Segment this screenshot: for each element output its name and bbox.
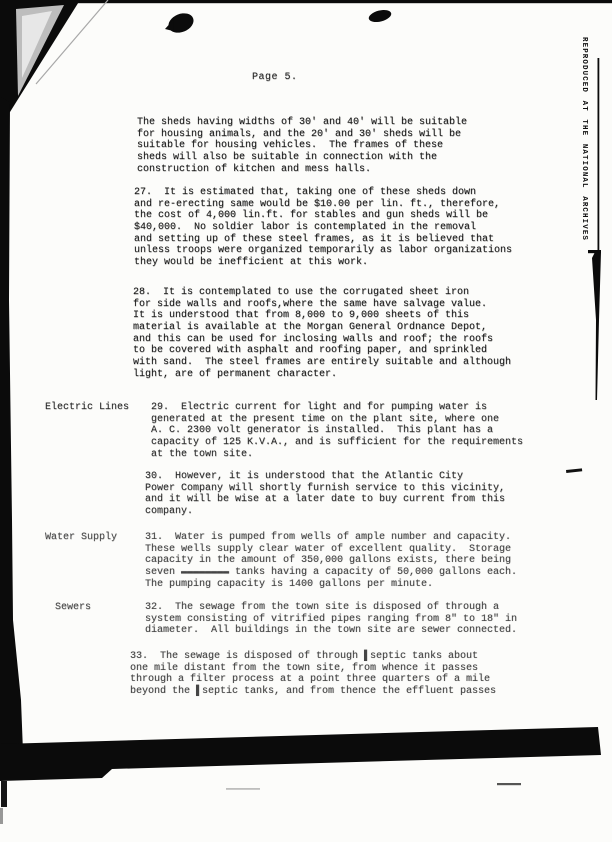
archives-stamp: REPRODUCED AT THE NATIONAL ARCHIVES bbox=[580, 37, 588, 252]
page-number-heading: Page 5. bbox=[252, 72, 298, 83]
paragraph-sheds: The sheds having widths of 30' and 40' w… bbox=[137, 117, 467, 175]
text-line: the cost of 4,000 lin.ft. for stables an… bbox=[134, 210, 512, 222]
text-line: 29. Electric current for light and for p… bbox=[151, 402, 523, 414]
paragraph-32: 32. The sewage from the town site is dis… bbox=[145, 602, 517, 637]
ink-blob-left bbox=[166, 10, 197, 36]
text-line: It is understood that from 8,000 to 9,00… bbox=[133, 310, 511, 322]
text-line: suitable for housing vehicles. The frame… bbox=[137, 140, 467, 152]
text-line: they would be inefficient at this work. bbox=[134, 257, 512, 269]
text-line: A. C. 2300 volt generator is installed. … bbox=[151, 425, 523, 437]
text-line: 31. Water is pumped from wells of ample … bbox=[145, 532, 517, 544]
archives-underline bbox=[598, 58, 600, 252]
paragraph-33: 33. The sewage is disposed of through ▌s… bbox=[130, 651, 496, 698]
text-line: for side walls and roofs,where the same … bbox=[133, 299, 511, 311]
text-line: unless troops were organized temporarily… bbox=[134, 245, 512, 257]
text-line: and this can be used for inclosing walls… bbox=[133, 334, 511, 346]
paragraph-28: 28. It is contemplated to use the corrug… bbox=[133, 287, 511, 381]
below-bar-mark bbox=[1, 781, 7, 807]
ink-blob-right bbox=[368, 8, 393, 24]
text-line: through a filter process at a point thre… bbox=[130, 674, 496, 686]
paragraph-31: 31. Water is pumped from wells of ample … bbox=[145, 532, 517, 590]
text-line: company. bbox=[145, 506, 505, 518]
text-line: for housing animals, and the 20' and 30'… bbox=[137, 129, 467, 141]
mid-right-dash bbox=[566, 468, 582, 473]
text-line: diameter. All buildings in the town site… bbox=[145, 625, 517, 637]
streak-cap bbox=[588, 250, 601, 253]
corner-crease-line bbox=[36, 0, 108, 84]
margin-label-sewers: Sewers bbox=[55, 602, 91, 614]
text-line: 27. It is estimated that, taking one of … bbox=[134, 187, 512, 199]
text-line: system consisting of vitrified pipes ran… bbox=[145, 614, 517, 626]
margin-label-electric-lines: Electric Lines bbox=[45, 402, 129, 414]
below-bar-mark-2 bbox=[0, 808, 3, 824]
text-line: and re-erecting same would be $10.00 per… bbox=[134, 199, 512, 211]
text-line: The pumping capacity is 1400 gallons per… bbox=[145, 579, 517, 591]
top-edge-mark bbox=[0, 0, 612, 3]
paragraph-29: 29. Electric current for light and for p… bbox=[151, 402, 523, 460]
scanned-document-page: REPRODUCED AT THE NATIONAL ARCHIVES Page… bbox=[0, 0, 612, 842]
text-line: 30. However, it is understood that the A… bbox=[145, 471, 505, 483]
text-line: at the town site. bbox=[151, 449, 523, 461]
text-line: and it will be wise at a later date to b… bbox=[145, 494, 505, 506]
ink-blob-left-tail bbox=[165, 19, 174, 31]
text-line: seven ▬▬▬▬▬▬▬▬ tanks having a capacity o… bbox=[145, 567, 517, 579]
text-line: sheds will also be suitable in connectio… bbox=[137, 152, 467, 164]
text-line: The sheds having widths of 30' and 40' w… bbox=[137, 117, 467, 129]
corner-fold-mark bbox=[0, 0, 80, 120]
text-line: with sand. The steel frames are entirely… bbox=[133, 357, 511, 369]
left-edge-strip bbox=[0, 96, 23, 752]
text-line: capacity in the amount of 350,000 gallon… bbox=[145, 555, 517, 567]
bottom-dash-left bbox=[226, 788, 260, 790]
text-line: 32. The sewage from the town site is dis… bbox=[145, 602, 517, 614]
text-line: beyond the ▌septic tanks, and from thenc… bbox=[130, 686, 496, 698]
paragraph-27: 27. It is estimated that, taking one of … bbox=[134, 187, 512, 269]
right-ink-streak bbox=[592, 252, 601, 400]
text-line: Power Company will shortly furnish servi… bbox=[145, 483, 505, 495]
text-line: $40,000. No soldier labor is contemplate… bbox=[134, 222, 512, 234]
text-line: 33. The sewage is disposed of through ▌s… bbox=[130, 651, 496, 663]
corner-fold-light bbox=[22, 11, 52, 78]
margin-label-water-supply: Water Supply bbox=[45, 532, 117, 544]
text-line: one mile distant from the town site, fro… bbox=[130, 663, 496, 675]
bottom-bar-mark bbox=[0, 727, 601, 781]
corner-fold-gray bbox=[16, 5, 64, 96]
bottom-dash-right bbox=[497, 783, 521, 785]
text-line: construction of kitchen and mess halls. bbox=[137, 164, 467, 176]
text-line: 28. It is contemplated to use the corrug… bbox=[133, 287, 511, 299]
text-line: generated at the present time on the pla… bbox=[151, 414, 523, 426]
text-line: and setting up of these steel frames, as… bbox=[134, 234, 512, 246]
text-line: capacity of 125 K.V.A., and is sufficien… bbox=[151, 437, 523, 449]
text-line: to be covered with asphalt and roofing p… bbox=[133, 345, 511, 357]
text-line: light, are of permanent character. bbox=[133, 369, 511, 381]
text-line: These wells supply clear water of excell… bbox=[145, 544, 517, 556]
text-line: material is available at the Morgan Gene… bbox=[133, 322, 511, 334]
paragraph-30: 30. However, it is understood that the A… bbox=[145, 471, 505, 518]
